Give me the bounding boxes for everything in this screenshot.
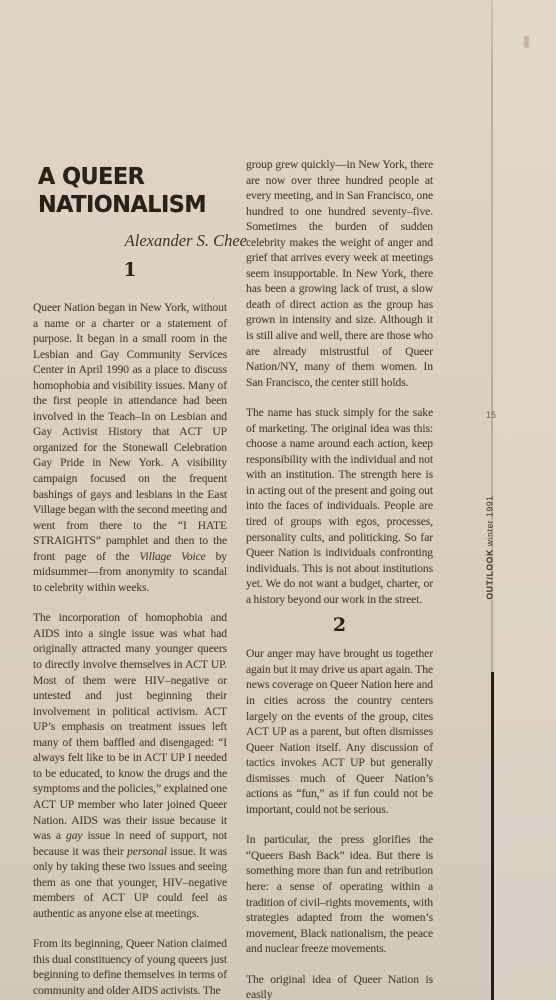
page-number: 15 (486, 410, 496, 420)
article-title-line2: NATIONALISM (38, 191, 221, 219)
paragraph: group grew quickly—in New York, there ar… (246, 157, 433, 390)
paragraph: The name has stuck simply for the sake o… (246, 405, 433, 607)
magazine-page: A QUEER NATIONALISM Alexander S. Chee 1 … (0, 0, 556, 1000)
column-1-text: Queer Nation began in New York, without … (33, 300, 227, 999)
paragraph: The original idea of Queer Nation is eas… (246, 972, 433, 1000)
column-2-text-upper: group grew quickly—in New York, there ar… (246, 157, 433, 607)
paragraph: Queer Nation began in New York, without … (33, 300, 227, 595)
paragraph: Our anger may have brought us together a… (246, 646, 433, 817)
journal-masthead-vertical: OUT/LOOK winter 1991 (485, 493, 498, 603)
article-title-line1: A QUEER (38, 163, 221, 191)
journal-name: OUT/LOOK (485, 549, 495, 599)
article-author: Alexander S. Chee (33, 231, 247, 251)
paragraph: From its beginning, Queer Nation claimed… (33, 936, 227, 998)
article-column-2: group grew quickly—in New York, there ar… (246, 0, 433, 1000)
journal-issue: winter 1991 (485, 496, 495, 547)
section-2-heading: 2 (246, 613, 433, 637)
black-rule (491, 672, 494, 1000)
column-2-text-lower: Our anger may have brought us together a… (246, 646, 433, 1000)
paragraph: In particular, the press glorifies the “… (246, 832, 433, 956)
scan-mark (524, 36, 529, 48)
article-title: A QUEER NATIONALISM (38, 163, 221, 219)
paragraph: The incorporation of homophobia and AIDS… (33, 610, 227, 921)
article-column-1: A QUEER NATIONALISM Alexander S. Chee 1 … (33, 0, 227, 999)
right-page-strip (494, 0, 556, 1000)
section-1-heading: 1 (33, 258, 227, 282)
